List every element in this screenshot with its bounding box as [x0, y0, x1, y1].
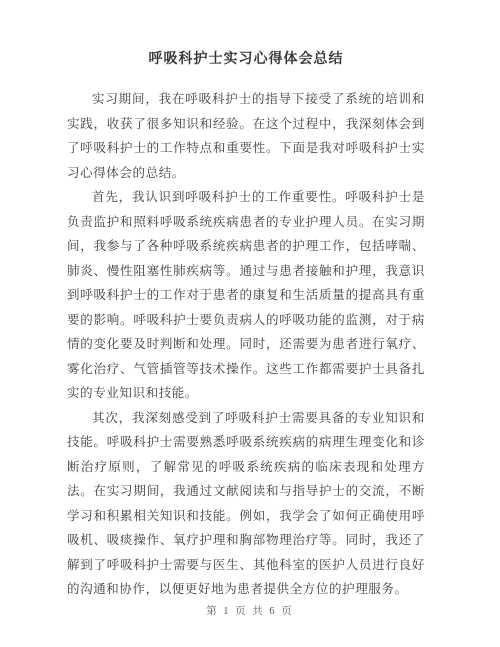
document-title: 呼吸科护士实习心得体会总结 — [67, 51, 425, 68]
document-page: 呼吸科护士实习心得体会总结 实习期间，我在呼吸科护士的指导下接受了系统的培训和实… — [0, 0, 500, 647]
page-number-footer: 第 1 页 共 6 页 — [0, 603, 500, 618]
document-content: 呼吸科护士实习心得体会总结 实习期间，我在呼吸科护士的指导下接受了系统的培训和实… — [67, 51, 425, 602]
paragraph-first-point: 首先，我认识到呼吸科护士的工作重要性。呼吸科护士是负责监护和照料呼吸系统疾病患者… — [67, 185, 425, 406]
paragraph-intro: 实习期间，我在呼吸科护士的指导下接受了系统的培训和实践，收获了很多知识和经验。在… — [67, 87, 425, 185]
paragraph-second-point: 其次，我深刻感受到了呼吸科护士需要具备的专业知识和技能。呼吸科护士需要熟悉呼吸系… — [67, 406, 425, 602]
